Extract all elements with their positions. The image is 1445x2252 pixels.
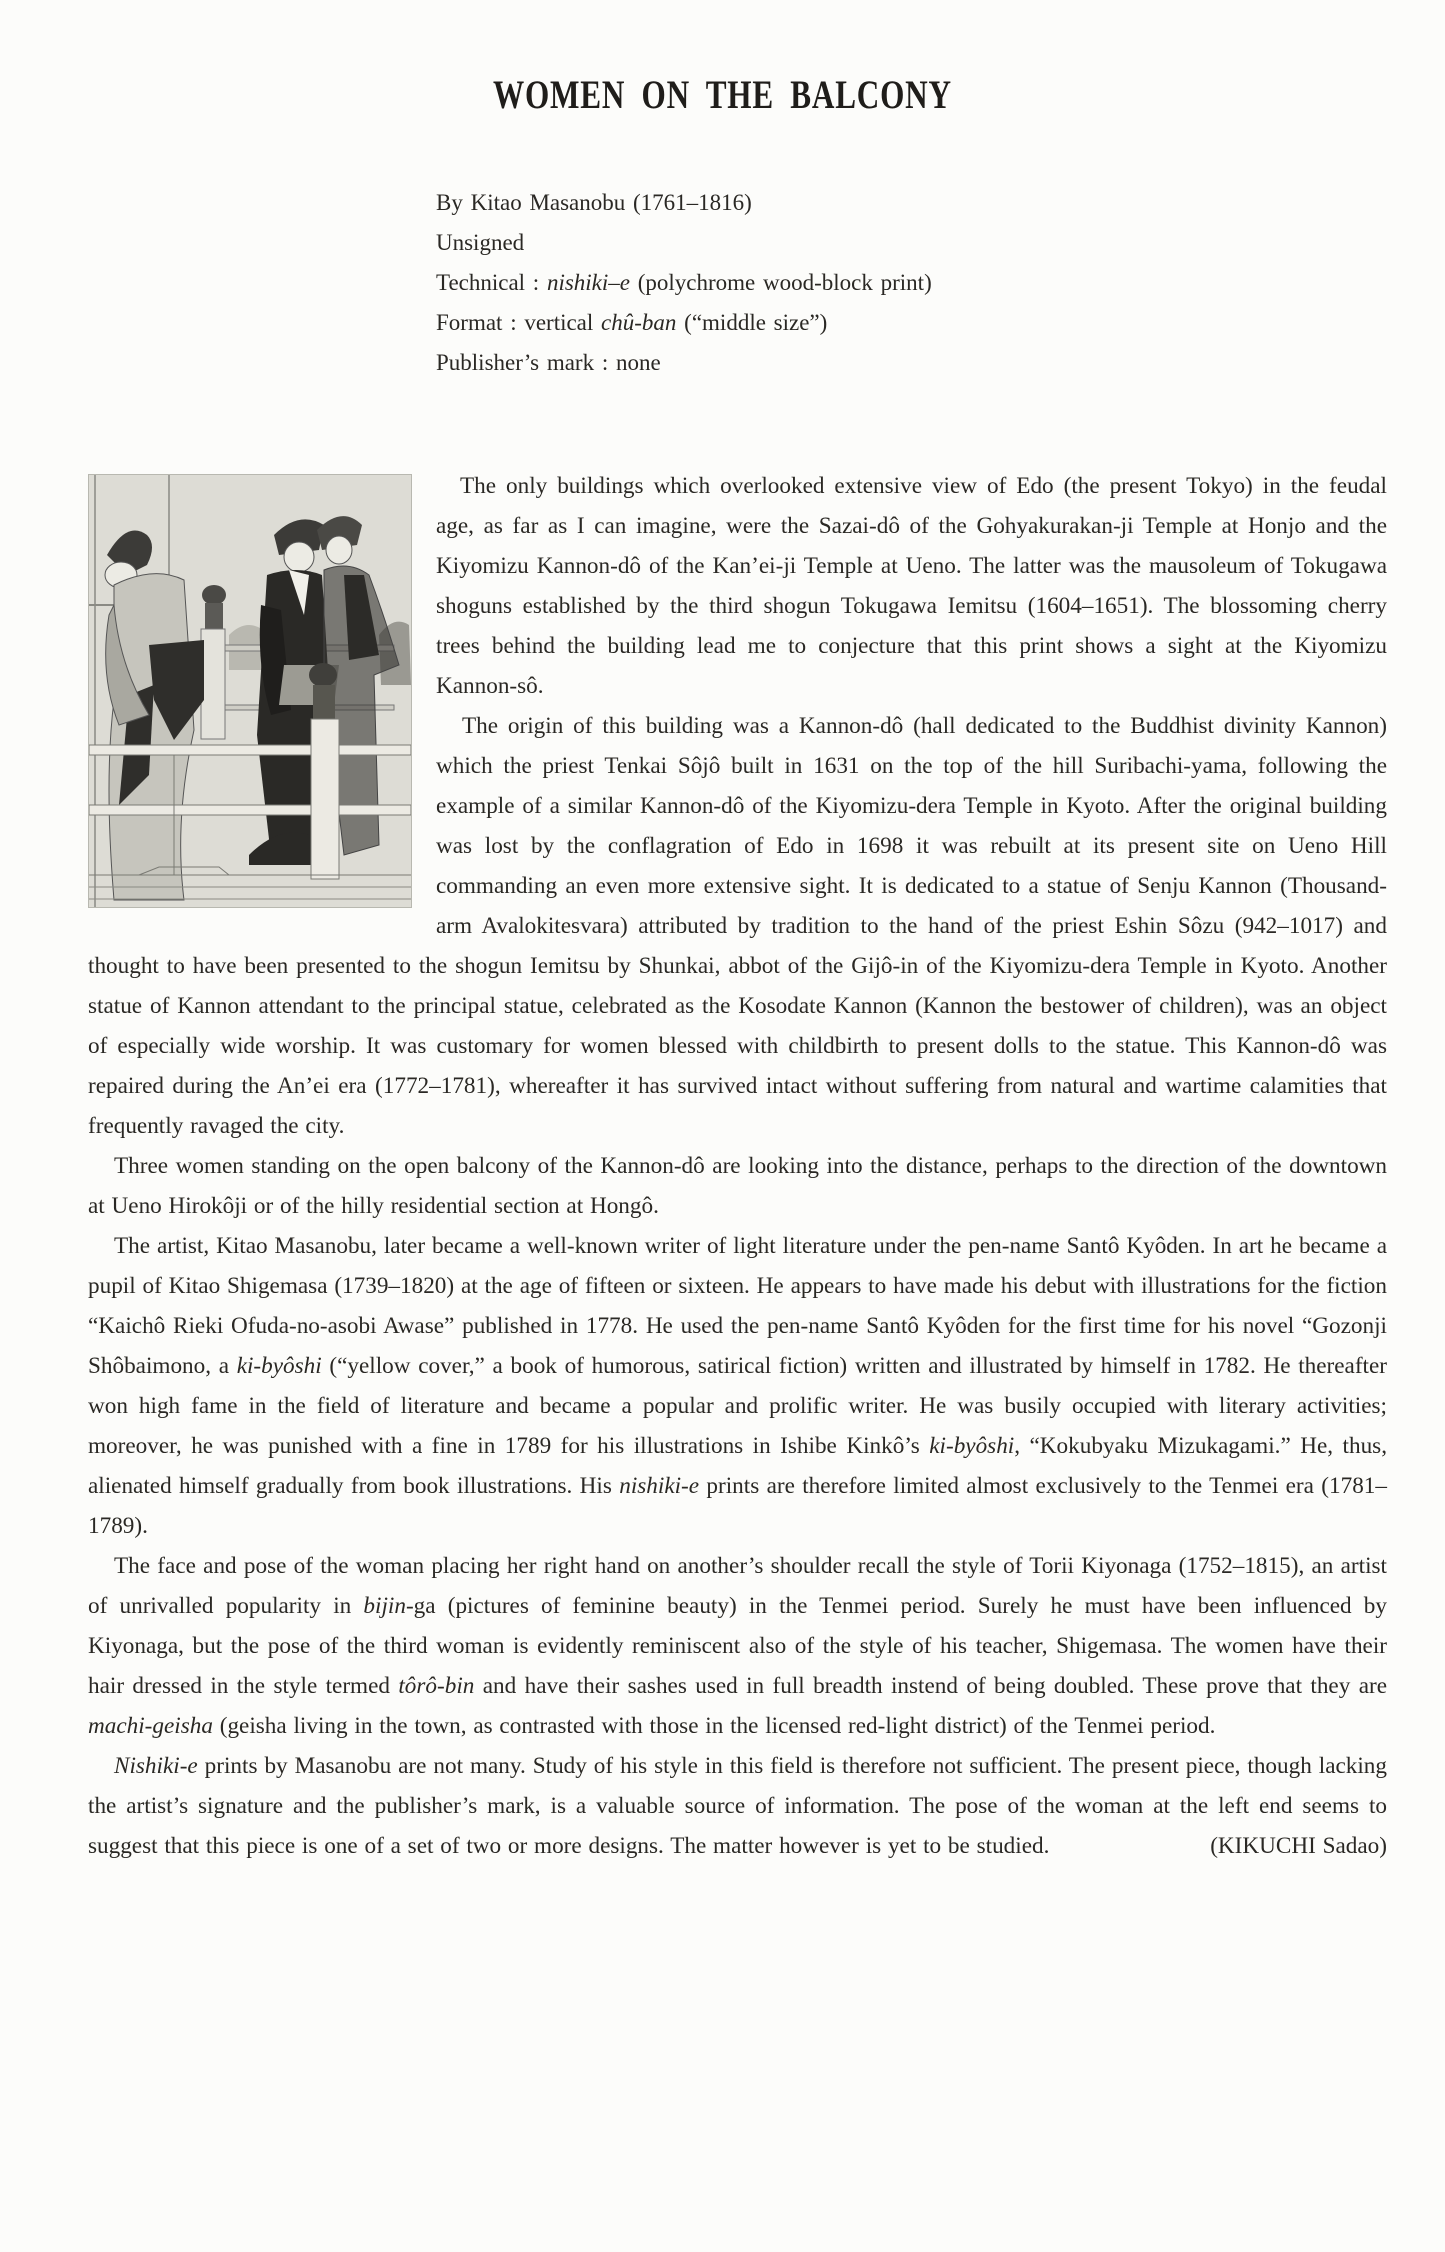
woodblock-print-image — [88, 474, 412, 908]
italic-term: Nishiki-e — [114, 1753, 198, 1779]
italic-term: tôrô-bin — [398, 1673, 474, 1699]
technique-line: Technical : nishiki–e (polychrome wood-b… — [436, 263, 932, 303]
paragraph-4: The artist, Kitao Masanobu, later became… — [88, 1226, 1387, 1546]
format-description: (“middle size”) — [676, 310, 827, 335]
author-signature: (KIKUCHI Sadao) — [1184, 1826, 1387, 1866]
article-body: The only buildings which overlooked exte… — [88, 466, 1387, 1866]
technique-term: nishiki–e — [547, 270, 630, 295]
format-term: chû-ban — [601, 310, 676, 335]
italic-term: bijin — [363, 1593, 406, 1619]
paragraph-3: Three women standing on the open balcony… — [88, 1146, 1387, 1226]
italic-term: machi-geisha — [88, 1713, 213, 1739]
paragraph-6: Nishiki-e prints by Masanobu are not man… — [88, 1746, 1387, 1866]
page-title: WOMEN ON THE BALCONY — [159, 71, 1286, 118]
paragraph-5: The face and pose of the woman placing h… — [88, 1546, 1387, 1746]
format-label: Format : vertical — [436, 310, 601, 335]
signature-line: Unsigned — [436, 223, 932, 263]
italic-term: nishiki-e — [619, 1473, 699, 1499]
format-line: Format : vertical chû-ban (“middle size”… — [436, 303, 932, 343]
publisher-line: Publisher’s mark : none — [436, 343, 932, 383]
italic-term: ki-byôshi — [929, 1433, 1014, 1459]
italic-term: ki-byôshi — [237, 1353, 322, 1379]
print-illustration-icon — [89, 475, 411, 907]
artwork-metadata: By Kitao Masanobu (1761–1816) Unsigned T… — [436, 183, 932, 383]
text-span: and have their sashes used in full bread… — [474, 1673, 1387, 1699]
artist-line: By Kitao Masanobu (1761–1816) — [436, 183, 932, 223]
technique-description: (polychrome wood-block print) — [630, 270, 932, 295]
text-span: (geisha living in the town, as contraste… — [213, 1713, 1215, 1739]
technique-label: Technical : — [436, 270, 547, 295]
